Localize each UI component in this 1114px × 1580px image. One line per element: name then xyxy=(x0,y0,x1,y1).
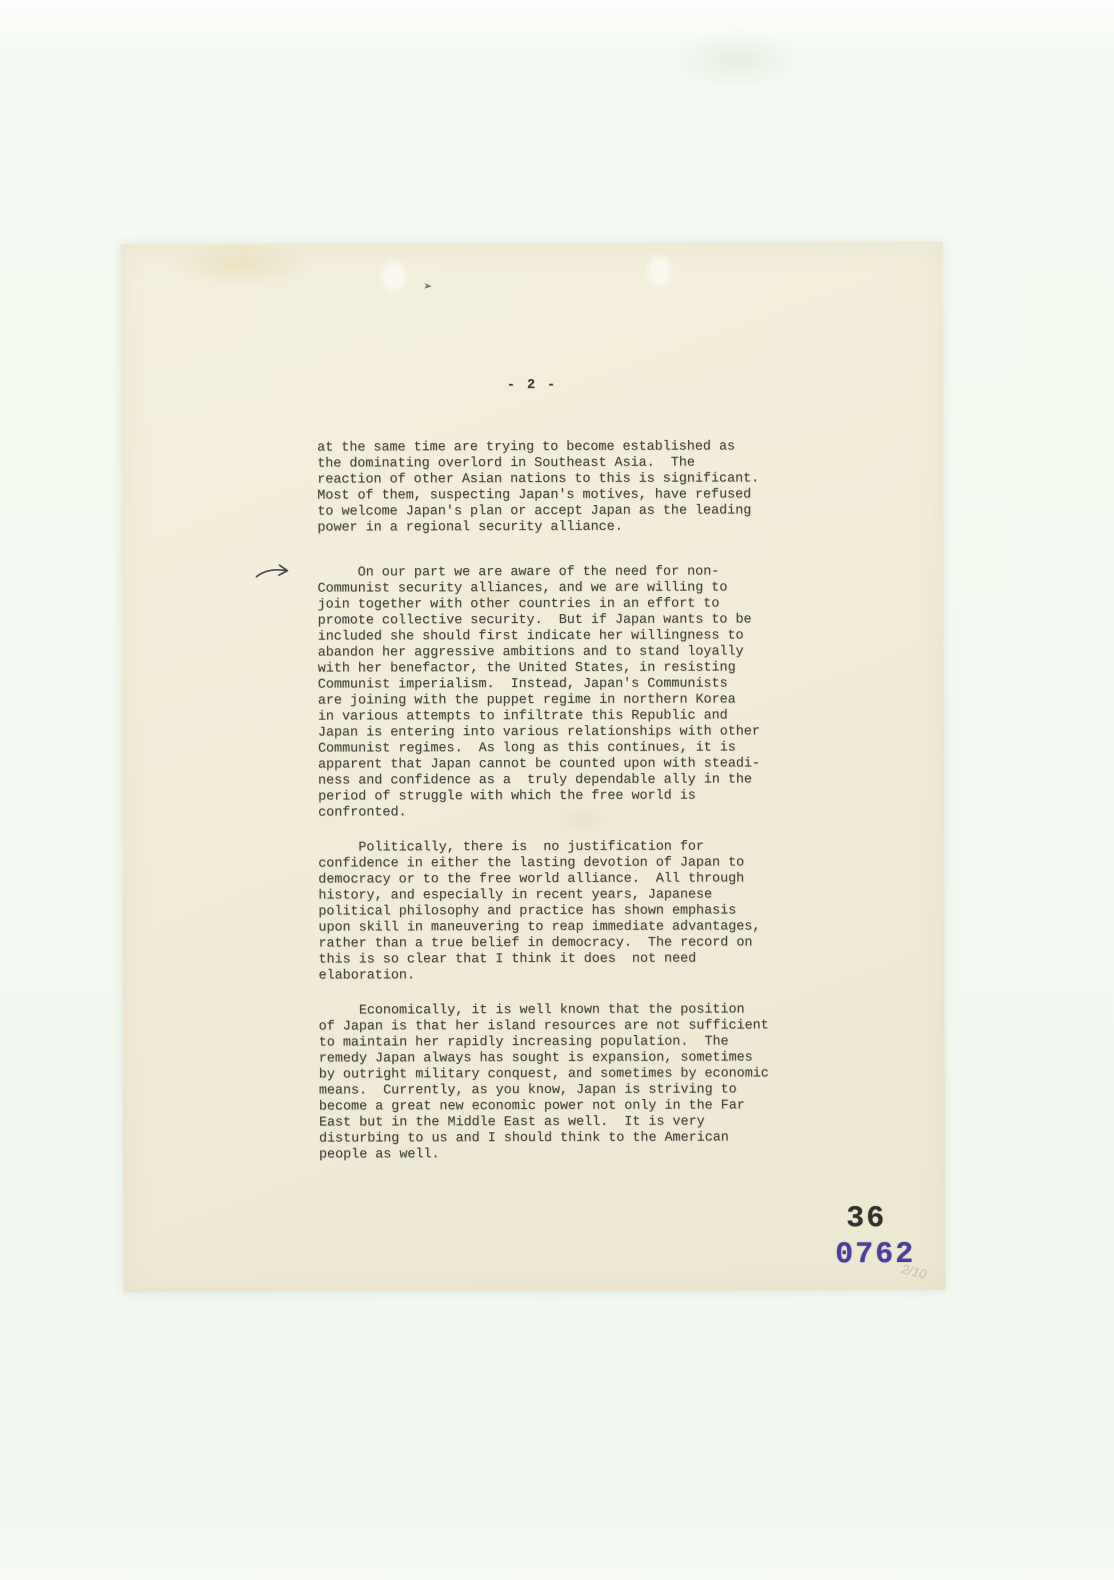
punch-hole xyxy=(379,257,409,295)
page-number: - 2 - xyxy=(317,377,747,393)
paragraph-security-alliances: On our part we are aware of the need for… xyxy=(317,564,798,821)
punch-hole xyxy=(645,253,675,291)
scan-background-smudge xyxy=(672,28,802,88)
document-body: at the same time are trying to become es… xyxy=(317,439,799,1163)
ink-speck xyxy=(423,282,432,290)
paragraph-politically: Politically, there is no justification f… xyxy=(318,839,798,984)
paragraph-economically: Economically, it is well known that the … xyxy=(319,1002,799,1163)
paper-stain xyxy=(166,240,316,288)
pencil-annotation: 2/10 xyxy=(900,1261,928,1282)
paragraph-continuation: at the same time are trying to become es… xyxy=(317,439,797,536)
page-stamp: 36 xyxy=(846,1202,886,1236)
document-page: - 2 - at the same time are trying to bec… xyxy=(121,242,946,1292)
handwritten-margin-arrow-icon xyxy=(253,561,293,585)
